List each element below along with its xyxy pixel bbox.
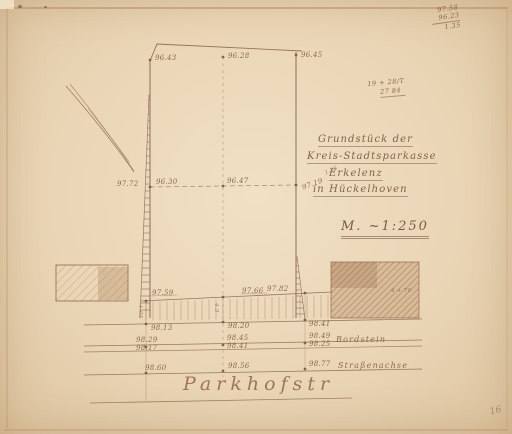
elevation-axis-left: 98.60 xyxy=(145,364,167,372)
elevation-axis-center: 98.56 xyxy=(228,362,250,370)
paper-speck xyxy=(18,5,22,8)
elevation-mid-left: 96.30 xyxy=(156,178,178,186)
elevation-curb-bottom-right: 98.25 xyxy=(309,340,331,348)
elevation-walk-left: 98.13 xyxy=(151,324,173,332)
distance-tick-left: 1.05 xyxy=(137,305,143,318)
elevation-frontage-center: 97.66 xyxy=(242,287,264,295)
paper-speck xyxy=(44,6,47,8)
title-line-2: Kreis-Stadtsparkasse xyxy=(307,151,437,164)
scale-label: M. ~1:250 xyxy=(341,219,429,239)
elevation-top-right: 96.45 xyxy=(301,51,323,59)
title-line-3: Erkelenz xyxy=(329,168,383,181)
elevation-top-left: 96.43 xyxy=(155,54,177,62)
elevation-walk-center: 98.20 xyxy=(228,322,250,330)
elevation-axis-right: 98.77 xyxy=(309,360,331,368)
street-name: Parkhofstr xyxy=(183,373,334,395)
elevation-mid-center: 96.47 xyxy=(227,177,249,185)
street-axis-label: Straßenachse xyxy=(338,361,408,370)
plan-linework xyxy=(0,0,512,434)
elevation-curb-top-left: 98.29 xyxy=(136,336,158,344)
elevation-frontage-left: 97.59 xyxy=(152,289,174,297)
corner-calculation: 97.58 96.23 1.35 xyxy=(430,3,461,32)
elevation-top-center: 96.28 xyxy=(228,52,250,60)
left-building-hatch xyxy=(56,265,128,301)
drawing-sheet: 96.43 96.28 96.45 97.72 96.30 96.47 97.1… xyxy=(0,0,512,434)
elevation-curb-bottom-left: 98.17 xyxy=(136,344,158,352)
elevation-curb-top-center: 98.45 xyxy=(227,334,249,342)
curb-label: Bordstein xyxy=(336,335,386,344)
elevation-walk-right: 98.41 xyxy=(309,320,331,328)
slope-arrow-lines xyxy=(66,84,134,172)
elevation-curb-top-right: 98.49 xyxy=(309,332,331,340)
elevation-mid-outer-left: 97.72 xyxy=(117,180,139,188)
sheet-edge-lines xyxy=(0,0,508,430)
side-calculation: 19 + 28/T 27 84 xyxy=(367,77,406,99)
elevation-frontage-right: 97.82 xyxy=(267,285,289,293)
elevation-curb-bottom-center: 98.41 xyxy=(227,342,249,350)
title-line-1: Grundstück der xyxy=(318,134,413,147)
title-line-4: in Hückelhoven xyxy=(313,184,408,197)
distance-tick-center: 4.5 xyxy=(213,303,219,313)
station-note: 4 + 70 xyxy=(391,288,411,294)
